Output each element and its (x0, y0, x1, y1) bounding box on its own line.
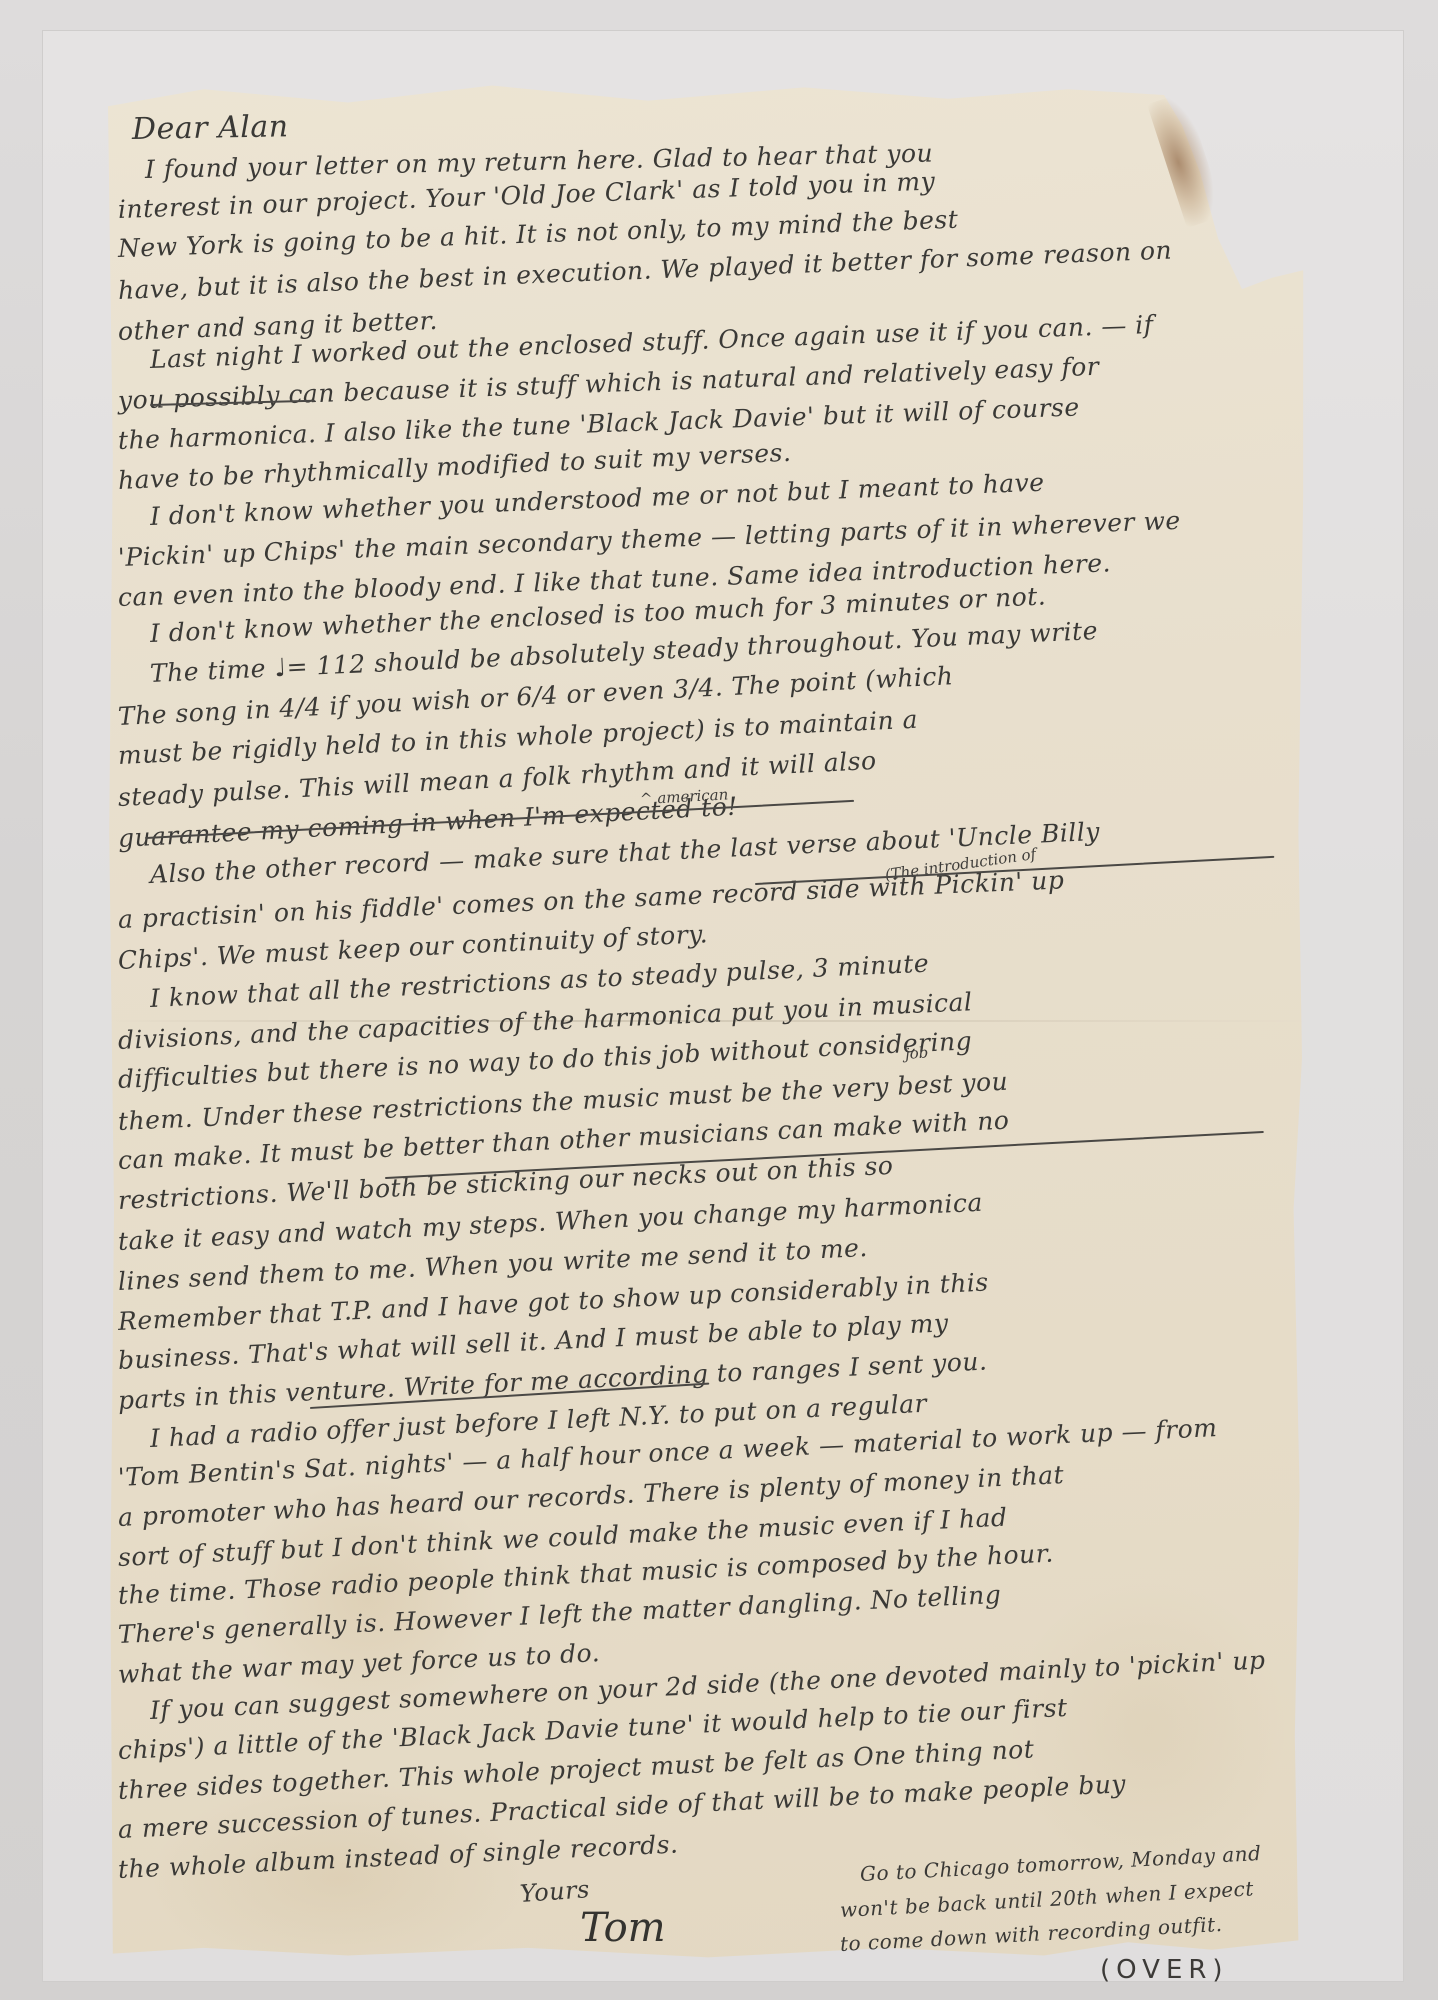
signature: Tom (580, 1905, 666, 1951)
closing: Yours (519, 1875, 591, 1908)
salutation: Dear Alan (132, 109, 289, 147)
insert-job: job (904, 1043, 928, 1063)
over-label: (OVER) (1100, 1955, 1229, 1985)
